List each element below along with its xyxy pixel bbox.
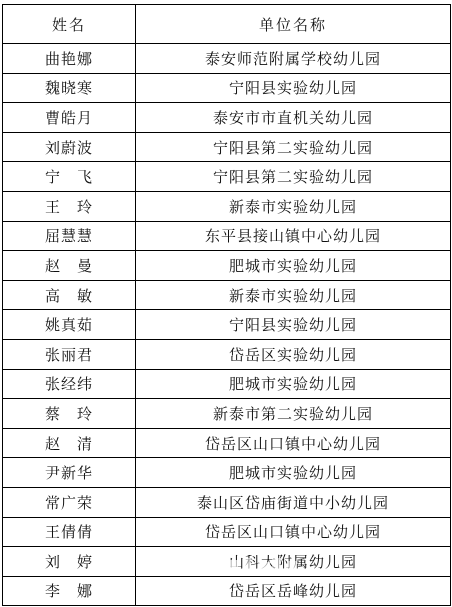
name-cell: 高 敏 bbox=[3, 280, 136, 310]
name-cell: 尹新华 bbox=[3, 458, 136, 488]
name-cell: 王 玲 bbox=[3, 191, 136, 221]
table-row: 张丽君岱岳区实验幼儿园 bbox=[3, 339, 451, 369]
table-header: 姓名 单位名称 bbox=[3, 5, 451, 44]
table-row: 李 娜岱岳区岳峰幼儿园 bbox=[3, 576, 451, 606]
unit-cell: 山科大附属幼儿园 bbox=[136, 547, 451, 577]
table-row: 赵 清岱岳区山口镇中心幼儿园 bbox=[3, 428, 451, 458]
table-row: 赵 曼肥城市实验幼儿园 bbox=[3, 251, 451, 281]
name-cell: 张丽君 bbox=[3, 339, 136, 369]
header-row: 姓名 单位名称 bbox=[3, 5, 451, 44]
name-cell: 刘蔚波 bbox=[3, 132, 136, 162]
unit-cell: 宁阳县第二实验幼儿园 bbox=[136, 162, 451, 192]
name-cell: 赵 曼 bbox=[3, 251, 136, 281]
table-row: 蔡 玲新泰市第二实验幼儿园 bbox=[3, 399, 451, 429]
name-cell: 魏晓寒 bbox=[3, 73, 136, 103]
name-cell: 屈慧慧 bbox=[3, 221, 136, 251]
name-cell: 宁 飞 bbox=[3, 162, 136, 192]
unit-cell: 宁阳县第二实验幼儿园 bbox=[136, 132, 451, 162]
unit-cell: 肥城市实验幼儿园 bbox=[136, 369, 451, 399]
table-row: 常广荣泰山区岱庙街道中小幼儿园 bbox=[3, 487, 451, 517]
unit-cell: 新泰市第二实验幼儿园 bbox=[136, 399, 451, 429]
unit-cell: 泰山区岱庙街道中小幼儿园 bbox=[136, 487, 451, 517]
unit-cell: 新泰市实验幼儿园 bbox=[136, 191, 451, 221]
table-row: 曲艳娜泰安师范附属学校幼儿园 bbox=[3, 44, 451, 74]
unit-cell: 泰安师范附属学校幼儿园 bbox=[136, 44, 451, 74]
unit-cell: 岱岳区岳峰幼儿园 bbox=[136, 576, 451, 606]
table-row: 姚真茹宁阳县实验幼儿园 bbox=[3, 310, 451, 340]
table-row: 刘 婷山科大附属幼儿园 bbox=[3, 547, 451, 577]
unit-cell: 岱岳区实验幼儿园 bbox=[136, 339, 451, 369]
document-page: 姓名 单位名称 曲艳娜泰安师范附属学校幼儿园 魏晓寒宁阳县实验幼儿园 曹皓月泰安… bbox=[0, 0, 452, 607]
roster-table: 姓名 单位名称 曲艳娜泰安师范附属学校幼儿园 魏晓寒宁阳县实验幼儿园 曹皓月泰安… bbox=[2, 4, 451, 606]
name-cell: 李 娜 bbox=[3, 576, 136, 606]
table-row: 魏晓寒宁阳县实验幼儿园 bbox=[3, 73, 451, 103]
unit-cell: 肥城市实验幼儿园 bbox=[136, 458, 451, 488]
table-row: 张经纬肥城市实验幼儿园 bbox=[3, 369, 451, 399]
name-cell: 姚真茹 bbox=[3, 310, 136, 340]
table-row: 曹皓月泰安市市直机关幼儿园 bbox=[3, 103, 451, 133]
name-cell: 曲艳娜 bbox=[3, 44, 136, 74]
name-cell: 蔡 玲 bbox=[3, 399, 136, 429]
unit-cell: 宁阳县实验幼儿园 bbox=[136, 310, 451, 340]
name-cell: 赵 清 bbox=[3, 428, 136, 458]
unit-cell: 肥城市实验幼儿园 bbox=[136, 251, 451, 281]
table-row: 尹新华肥城市实验幼儿园 bbox=[3, 458, 451, 488]
unit-cell: 岱岳区山口镇中心幼儿园 bbox=[136, 428, 451, 458]
name-cell: 王倩倩 bbox=[3, 517, 136, 547]
name-cell: 曹皓月 bbox=[3, 103, 136, 133]
name-cell: 张经纬 bbox=[3, 369, 136, 399]
unit-cell: 泰安市市直机关幼儿园 bbox=[136, 103, 451, 133]
unit-cell: 宁阳县实验幼儿园 bbox=[136, 73, 451, 103]
name-cell: 常广荣 bbox=[3, 487, 136, 517]
unit-column-header: 单位名称 bbox=[136, 5, 451, 44]
table-row: 刘蔚波宁阳县第二实验幼儿园 bbox=[3, 132, 451, 162]
table-body: 曲艳娜泰安师范附属学校幼儿园 魏晓寒宁阳县实验幼儿园 曹皓月泰安市市直机关幼儿园… bbox=[3, 44, 451, 606]
name-column-header: 姓名 bbox=[3, 5, 136, 44]
unit-cell: 新泰市实验幼儿园 bbox=[136, 280, 451, 310]
table-row: 王倩倩岱岳区山口镇中心幼儿园 bbox=[3, 517, 451, 547]
unit-cell: 东平县接山镇中心幼儿园 bbox=[136, 221, 451, 251]
name-cell: 刘 婷 bbox=[3, 547, 136, 577]
table-row: 宁 飞宁阳县第二实验幼儿园 bbox=[3, 162, 451, 192]
table-row: 屈慧慧东平县接山镇中心幼儿园 bbox=[3, 221, 451, 251]
unit-cell: 岱岳区山口镇中心幼儿园 bbox=[136, 517, 451, 547]
table-row: 王 玲新泰市实验幼儿园 bbox=[3, 191, 451, 221]
table-row: 高 敏新泰市实验幼儿园 bbox=[3, 280, 451, 310]
